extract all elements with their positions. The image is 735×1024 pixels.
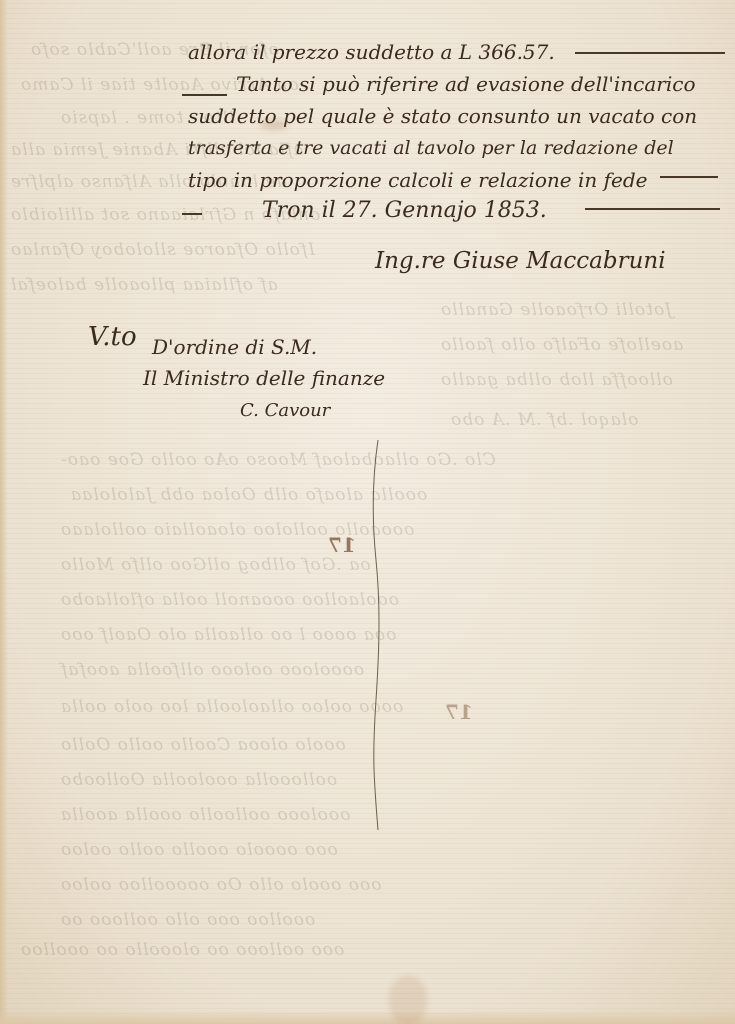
approval-line-2: Il Ministro delle finanze	[143, 366, 385, 390]
paper-edge-bottom	[0, 1010, 735, 1024]
signature: Ing.re Giuse Maccabruni	[375, 248, 666, 274]
approval-signature: C. Cavour	[240, 400, 330, 421]
rule-line	[182, 94, 227, 96]
rule-line	[575, 52, 725, 54]
text-line-1: allora il prezzo suddetto a L 366.57.	[188, 40, 555, 64]
paper-edge-left	[0, 0, 8, 1024]
visto-mark: V.to	[88, 322, 137, 352]
rule-line	[182, 213, 202, 215]
bleed-page-number: 17	[328, 533, 356, 557]
manuscript-page: ofon il Bre aoll'Cablo sofo on Arrivo Aa…	[0, 0, 735, 1024]
text-line-3: suddetto pel quale è stato consunto un v…	[188, 104, 697, 128]
bleed-page-number-2: 17	[445, 700, 473, 724]
text-line-5: tipo in proporzione calcoli e relazione …	[188, 168, 648, 192]
rule-line	[585, 208, 720, 210]
approval-line-1: D'ordine di S.M.	[152, 335, 317, 359]
date-line: Tron il 27. Gennajo 1853.	[262, 198, 547, 223]
text-line-4: trasferta e tre vacati al tavolo per la …	[188, 137, 674, 159]
paper-fold-line	[370, 440, 384, 830]
text-line-2: Tanto si può riferire ad evasione dell'i…	[236, 72, 695, 96]
stain	[388, 975, 428, 1024]
rule-line	[660, 176, 718, 178]
